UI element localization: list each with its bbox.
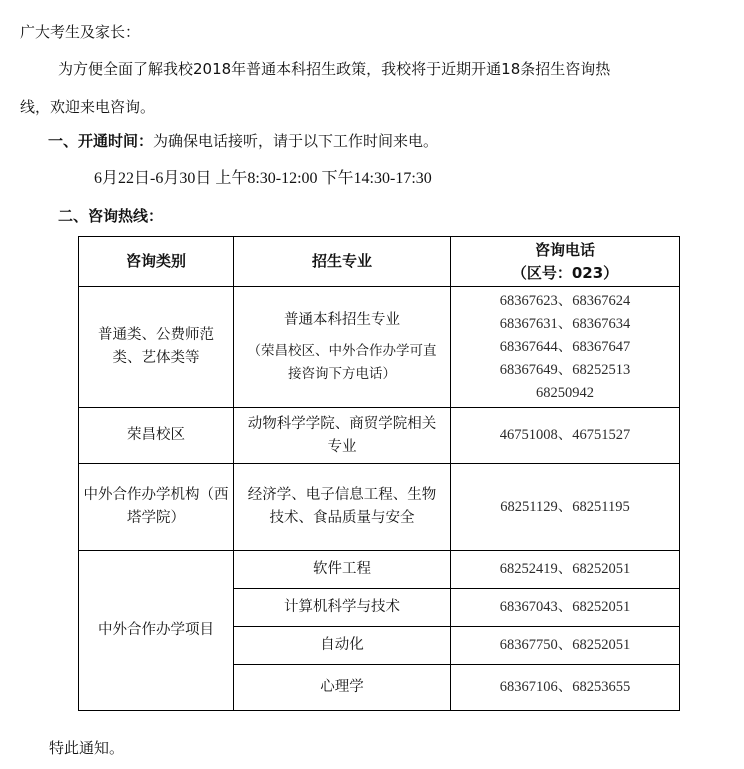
header-major: 招生专业: [234, 237, 451, 287]
cell-category: 中外合作办学机构（西塔学院）: [79, 464, 234, 551]
schedule-text: 6月22日-6月30日 上午8:30-12:00 下午14:30-17:30: [94, 165, 432, 188]
section-heading: 一、开通时间：: [48, 132, 153, 150]
table-row: 普通类、公费师范类、艺体类等 普通本科招生专业 （荣昌校区、中外合作办学可直接咨…: [79, 287, 680, 408]
table-row: 中外合作办学项目 软件工程 68252419、68252051: [79, 551, 680, 589]
cell-phone: 68367750、68252051: [451, 627, 680, 665]
phone-line: 68367631、68367634: [455, 313, 675, 336]
major-name: 普通本科招生专业: [238, 309, 446, 332]
cell-phone: 68252419、68252051: [451, 551, 680, 589]
cell-major: 经济学、电子信息工程、生物技术、食品质量与安全: [234, 464, 451, 551]
cell-phone: 68367043、68252051: [451, 589, 680, 627]
cell-phones: 46751008、46751527: [451, 408, 680, 464]
cell-major: 普通本科招生专业 （荣昌校区、中外合作办学可直接咨询下方电话）: [234, 287, 451, 408]
cell-phone: 68367106、68253655: [451, 665, 680, 711]
phone-line: 68367649、68252513: [455, 359, 675, 382]
cell-phones: 68367623、68367624 68367631、68367634 6836…: [451, 287, 680, 408]
header-phone-title: 咨询电话: [455, 239, 675, 262]
hotline-table: 咨询类别 招生专业 咨询电话 （区号：023） 普通类、公费师范类、艺体类等 普…: [78, 236, 680, 711]
header-category: 咨询类别: [79, 237, 234, 287]
cell-category: 普通类、公费师范类、艺体类等: [79, 287, 234, 408]
cell-major: 自动化: [234, 627, 451, 665]
phone-line: 68250942: [455, 382, 675, 405]
greeting: 广大考生及家长：: [20, 21, 140, 42]
cell-major: 心理学: [234, 665, 451, 711]
table-header-row: 咨询类别 招生专业 咨询电话 （区号：023）: [79, 237, 680, 287]
table-row: 中外合作办学机构（西塔学院） 经济学、电子信息工程、生物技术、食品质量与安全 6…: [79, 464, 680, 551]
major-note: （荣昌校区、中外合作办学可直接咨询下方电话）: [238, 340, 446, 386]
cell-category: 中外合作办学项目: [79, 551, 234, 711]
header-phone: 咨询电话 （区号：023）: [451, 237, 680, 287]
intro-paragraph-line-2: 线，欢迎来电咨询。: [20, 96, 155, 117]
section-hotline-heading: 二、咨询热线：: [58, 205, 163, 226]
cell-category: 荣昌校区: [79, 408, 234, 464]
cell-major: 计算机科学与技术: [234, 589, 451, 627]
section-opening-hours: 一、开通时间：为确保电话接听，请于以下工作时间来电。: [48, 130, 438, 151]
closing-text: 特此通知。: [49, 737, 124, 758]
phone-line: 68367623、68367624: [455, 290, 675, 313]
intro-paragraph-line-1: 为方便全面了解我校2018年普通本科招生政策，我校将于近期开通18条招生咨询热: [58, 58, 610, 79]
header-area-code: （区号：023）: [455, 262, 675, 285]
table-row: 荣昌校区 动物科学学院、商贸学院相关专业 46751008、46751527: [79, 408, 680, 464]
cell-major: 动物科学学院、商贸学院相关专业: [234, 408, 451, 464]
phone-line: 68367644、68367647: [455, 336, 675, 359]
section-text: 为确保电话接听，请于以下工作时间来电。: [153, 132, 438, 150]
cell-major: 软件工程: [234, 551, 451, 589]
cell-phones: 68251129、68251195: [451, 464, 680, 551]
